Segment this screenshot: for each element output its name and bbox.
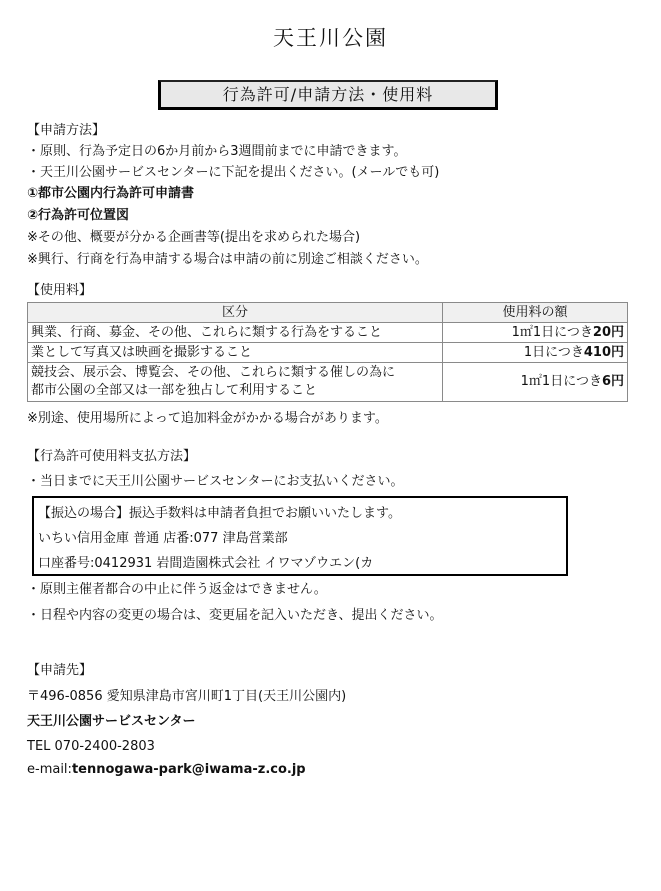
required-document: ②行為許可位置図 (27, 206, 129, 226)
application-line: ・原則、行為予定日の6か月前から3週間前までに申請できます。 (27, 142, 407, 162)
fee-amount-unit: 1㎡1日につき (521, 374, 602, 389)
column-header-category: 区分 (28, 303, 443, 323)
application-note: ※興行、行商を行為申請する場合は申請の前に別途ご相談ください。 (27, 250, 428, 270)
fee-category-line: 都市公園の全部又は一部を独占して利用すること (31, 382, 439, 400)
fee-amount-value: 20円 (593, 325, 624, 340)
account-number: 口座番号:0412931 岩間造園株式会社 イワマゾウエン(カ (38, 552, 373, 571)
fee-amount: 1㎡1日につき20円 (443, 323, 628, 343)
table-header-row: 区分 使用料の額 (28, 303, 628, 323)
fee-amount: 1日につき410円 (443, 343, 628, 363)
contact-name: 天王川公園サービスセンター (27, 712, 195, 732)
bank-transfer-box: 【振込の場合】振込手数料は申請者負担でお願いいたします。 いちい信用金庫 普通 … (32, 496, 568, 576)
fee-amount-value: 410円 (584, 345, 624, 360)
contact-address: 〒496-0856 愛知県津島市宮川町1丁目(天王川公園内) (27, 687, 346, 707)
payment-line: ・当日までに天王川公園サービスセンターにお支払いください。 (27, 472, 403, 492)
bank-name: いちい信用金庫 普通 店番:077 津島営業部 (38, 527, 288, 546)
contact-tel: TEL 070-2400-2803 (27, 737, 155, 757)
application-note: ※その他、概要が分かる企画書等(提出を求められた場合) (27, 228, 360, 248)
email-label: e-mail: (27, 762, 72, 777)
fee-amount-unit: 1日につき (524, 345, 584, 360)
required-document: ①都市公園内行為許可申請書 (27, 184, 194, 204)
section-title-box: 行為許可/申請方法・使用料 (158, 80, 498, 110)
application-method-heading: 【申請方法】 (27, 121, 105, 141)
application-line: ・天王川公園サービスセンターに下記を提出ください。(メールでも可) (27, 163, 439, 183)
column-header-amount: 使用料の額 (443, 303, 628, 323)
contact-heading: 【申請先】 (27, 661, 92, 681)
fees-note: ※別途、使用場所によって追加料金がかかる場合があります。 (27, 409, 388, 429)
fee-amount-unit: 1㎡1日につき (512, 325, 593, 340)
fees-heading: 【使用料】 (27, 281, 92, 301)
contact-email: e-mail:tennogawa-park@iwama-z.co.jp (27, 760, 306, 780)
table-row: 業として写真又は映画を撮影すること 1日につき410円 (28, 343, 628, 363)
refund-note: ・原則主催者都合の中止に伴う返金はできません。 (27, 580, 327, 600)
bank-transfer-note: 【振込の場合】振込手数料は申請者負担でお願いいたします。 (38, 502, 401, 521)
fee-category: 業として写真又は映画を撮影すること (28, 343, 443, 363)
payment-heading: 【行為許可使用料支払方法】 (27, 447, 196, 467)
table-row: 興業、行商、募金、その他、これらに類する行為をすること 1㎡1日につき20円 (28, 323, 628, 343)
page-title: 天王川公園 (0, 22, 661, 52)
fee-table: 区分 使用料の額 興業、行商、募金、その他、これらに類する行為をすること 1㎡1… (27, 302, 628, 402)
fee-category: 興業、行商、募金、その他、これらに類する行為をすること (28, 323, 443, 343)
fee-category-line: 競技会、展示会、博覧会、その他、これらに類する催しの為に (31, 364, 439, 382)
change-note: ・日程や内容の変更の場合は、変更届を記入いただき、提出ください。 (27, 606, 442, 626)
fee-amount: 1㎡1日につき6円 (443, 363, 628, 402)
fee-category: 競技会、展示会、博覧会、その他、これらに類する催しの為に都市公園の全部又は一部を… (28, 363, 443, 402)
table-row: 競技会、展示会、博覧会、その他、これらに類する催しの為に都市公園の全部又は一部を… (28, 363, 628, 402)
fee-amount-value: 6円 (602, 374, 624, 389)
email-address[interactable]: tennogawa-park@iwama-z.co.jp (72, 762, 306, 777)
